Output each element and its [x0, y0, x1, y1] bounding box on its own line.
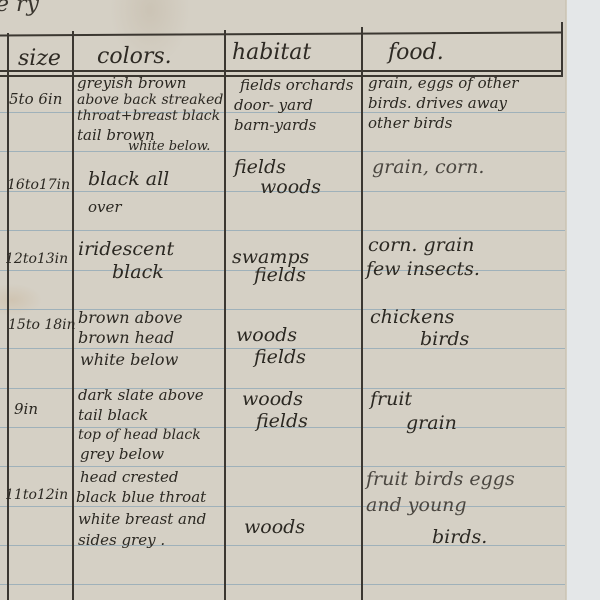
row1-colors-line2: above back streaked	[77, 93, 223, 107]
row6-size: 11to12in	[5, 488, 68, 502]
row5-food-line2: grain	[406, 414, 457, 433]
row6-food-line1: fruit birds eggs	[366, 470, 515, 489]
table-right-border	[561, 22, 563, 77]
ruled-line	[0, 466, 567, 467]
ruled-line	[0, 151, 567, 152]
ruled-line	[0, 584, 567, 585]
row2-food-line1: grain, corn.	[372, 158, 484, 177]
row4-habitat-line1: woods	[236, 326, 297, 345]
title-fragment: e ry	[0, 0, 39, 16]
row1-food-line2: birds. drives away	[368, 96, 507, 111]
header-colors: colors.	[97, 46, 172, 68]
row6-food-line2: and young	[366, 496, 467, 515]
row5-colors-line1: dark slate above	[78, 388, 204, 403]
row1-habitat-line2: door- yard	[234, 98, 313, 113]
notebook-page: e ry size colors. habitat food. 5to 6in …	[0, 0, 567, 600]
header-food: food.	[388, 42, 444, 64]
row5-food-line1: fruit	[370, 390, 412, 409]
row4-colors-line2: brown head	[78, 330, 174, 346]
row2-habitat-line1: fields	[234, 158, 286, 177]
row5-colors-line3: top of head black	[78, 428, 201, 442]
row2-colors-line1: black all	[88, 170, 169, 189]
row3-size: 12to13in	[5, 252, 68, 266]
ruled-line	[0, 230, 567, 231]
row3-habitat-line2: fields	[254, 266, 306, 285]
row1-size: 5to 6in	[9, 92, 62, 107]
row2-size: 16to17in	[7, 178, 70, 192]
column-divider-habitat-food	[361, 27, 363, 600]
row5-size: 9in	[14, 402, 38, 417]
row6-colors-line1: head crested	[80, 470, 179, 485]
row5-habitat-line2: fields	[256, 412, 308, 431]
row2-colors-line2: over	[88, 200, 122, 215]
row3-food-line1: corn. grain	[368, 236, 474, 255]
row5-colors-line4: grey below	[80, 447, 164, 462]
header-size: size	[18, 48, 61, 70]
ruled-line	[0, 506, 567, 507]
row3-colors-line1: iridescent	[78, 240, 174, 259]
row4-food-line2: birds	[420, 330, 469, 349]
row5-habitat-line1: woods	[242, 390, 303, 409]
row4-colors-line3: white below	[80, 352, 178, 368]
row6-colors-line2: black blue throat	[76, 490, 206, 505]
row4-food-line1: chickens	[370, 308, 454, 327]
page-edge	[565, 0, 567, 600]
row3-colors-line2: black	[112, 263, 164, 282]
header-habitat: habitat	[232, 42, 311, 64]
row4-colors-line1: brown above	[78, 310, 183, 326]
row6-colors-line3: white breast and	[78, 512, 206, 527]
row5-colors-line2: tail black	[78, 408, 148, 423]
row1-food-line3: other birds	[368, 116, 452, 131]
row1-colors-line3: throat+breast black	[77, 109, 220, 123]
row1-habitat-line1: fields orchards	[240, 78, 353, 93]
row6-food-line3: birds.	[432, 528, 487, 547]
row3-food-line2: few insects.	[366, 260, 480, 279]
row1-colors-line1: greyish brown	[77, 76, 186, 91]
row1-colors-line5: white below.	[128, 140, 210, 153]
column-divider-colors-habitat	[224, 30, 226, 600]
row6-colors-line4: sides grey .	[78, 533, 165, 548]
header-bottom-border	[0, 70, 562, 72]
row4-size: 15to 18in	[8, 318, 76, 332]
column-divider-size-colors	[72, 31, 74, 600]
row1-habitat-line3: barn-yards	[234, 118, 316, 133]
table-top-border	[0, 32, 562, 36]
row6-habitat-line1: woods	[244, 518, 305, 537]
row2-habitat-line2: woods	[260, 178, 321, 197]
row1-food-line1: grain, eggs of other	[368, 76, 518, 91]
row4-habitat-line2: fields	[254, 348, 306, 367]
